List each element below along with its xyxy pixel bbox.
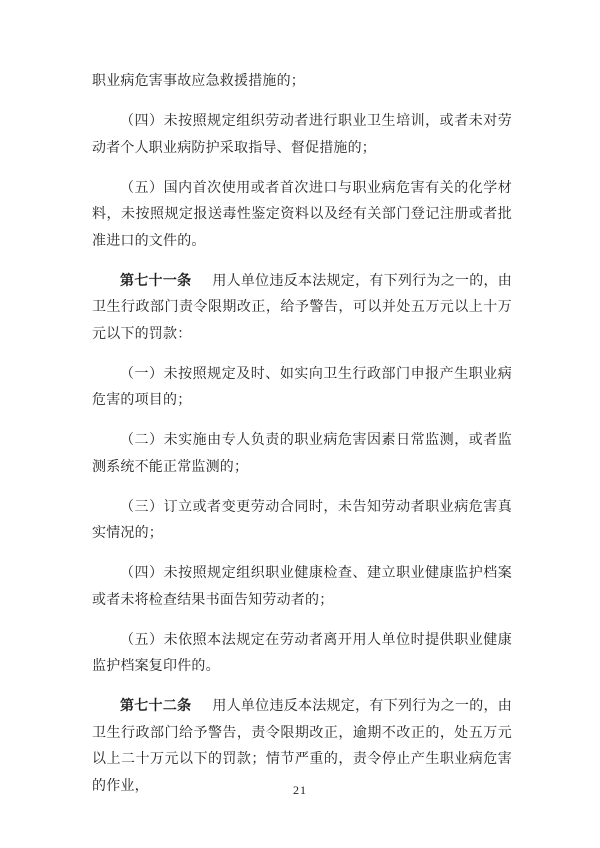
document-body: 职业病危害事故应急救援措施的；（四）未按照规定组织劳动者进行职业卫生培训，或者未… (92, 69, 512, 814)
article-number: 第七十二条 (120, 699, 191, 714)
continuation-paragraph: 职业病危害事故应急救援措施的； (92, 69, 512, 96)
page-footer: 21 (0, 781, 600, 799)
article-number: 第七十一条 (120, 274, 191, 289)
list-item-paragraph: （三）订立或者变更劳动合同时，未告知劳动者职业病危害真实情况的； (92, 495, 512, 548)
article-paragraph: 第七十一条用人单位违反本法规定，有下列行为之一的，由卫生行政部门责令限期改正，给… (92, 269, 512, 349)
list-item-paragraph: （五）国内首次使用或者首次进口与职业病危害有关的化学材料，未按照规定报送毒性鉴定… (92, 176, 512, 256)
list-item-paragraph: （二）未实施由专人负责的职业病危害因素日常监测，或者监测系统不能正常监测的； (92, 428, 512, 481)
page-number: 21 (293, 783, 307, 797)
list-item-paragraph: （一）未按照规定及时、如实向卫生行政部门申报产生职业病危害的项目的； (92, 362, 512, 415)
list-item-paragraph: （五）未依照本法规定在劳动者离开用人单位时提供职业健康监护档案复印件的。 (92, 628, 512, 681)
document-page: 职业病危害事故应急救援措施的；（四）未按照规定组织劳动者进行职业卫生培训，或者未… (0, 0, 600, 848)
list-item-paragraph: （四）未按照规定组织职业健康检查、建立职业健康监护档案或者未将检查结果书面告知劳… (92, 561, 512, 614)
list-item-paragraph: （四）未按照规定组织劳动者进行职业卫生培训，或者未对劳动者个人职业病防护采取指导… (92, 109, 512, 162)
